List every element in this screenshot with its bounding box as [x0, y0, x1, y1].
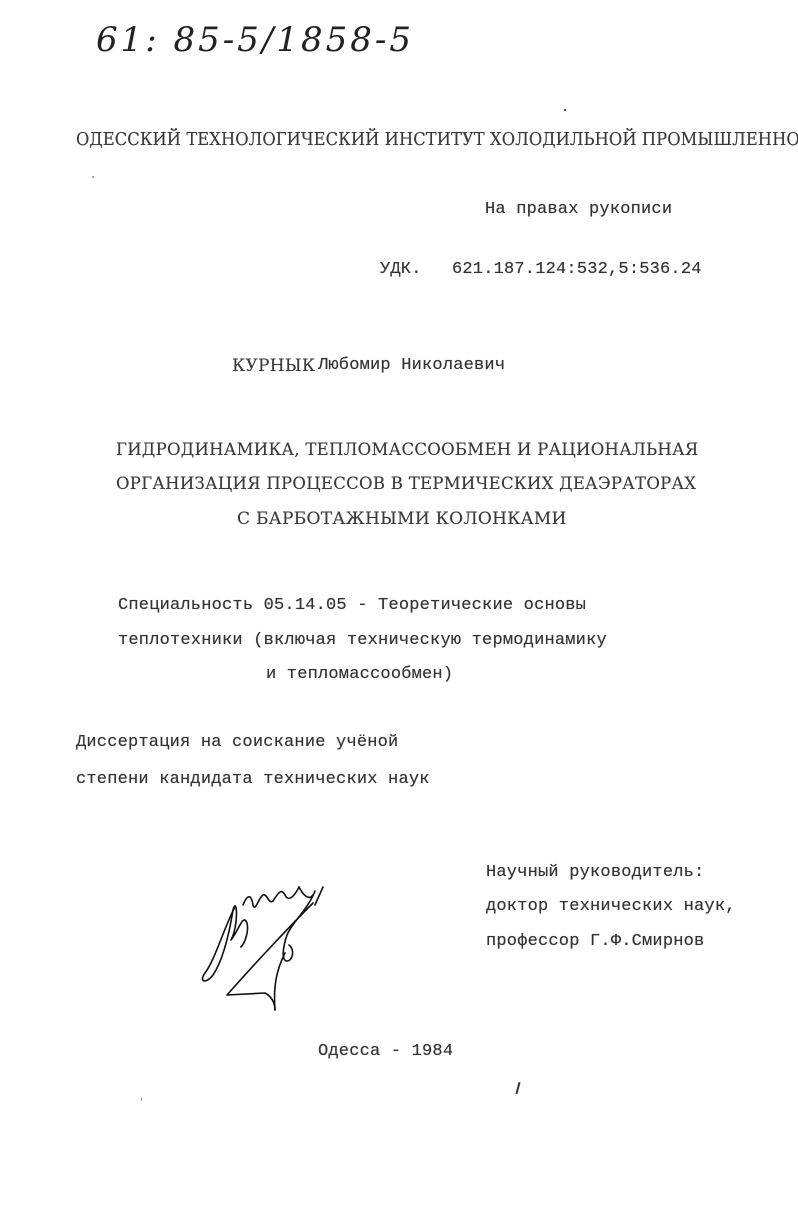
stray-mark: [564, 109, 566, 111]
title-line-1: ГИДРОДИНАМИКА, ТЕПЛОМАССООБМЕН И РАЦИОНА…: [116, 440, 601, 460]
archive-number: 61: 85-5/1858-5: [96, 20, 414, 60]
specialty-line-2: теплотехники (включая техническую термод…: [118, 631, 607, 650]
stray-mark: [141, 1098, 142, 1101]
supervisor-line-1: Научный руководитель:: [486, 863, 704, 882]
udc-label: УДК.: [380, 260, 422, 279]
specialty-line-1: Специальность 05.14.05 - Теоретические о…: [118, 596, 586, 615]
supervisor-line-3: профессор Г.Ф.Смирнов: [486, 932, 704, 951]
signature-icon: [195, 865, 345, 1015]
title-line-3: С БАРБОТАЖНЫМИ КОЛОНКАМИ: [237, 509, 567, 529]
udc-value: 621.187.124:532,5:536.24: [452, 260, 702, 279]
institution-name: ОДЕССКИЙ ТЕХНОЛОГИЧЕСКИЙ ИНСТИТУТ ХОЛОДИ…: [76, 130, 798, 150]
supervisor-line-2: доктор технических наук,: [486, 897, 736, 916]
stray-mark: [515, 1082, 520, 1094]
stray-mark: [92, 176, 94, 178]
manuscript-rights: На правах рукописи: [485, 200, 672, 219]
specialty-line-3: и тепломассообмен): [266, 665, 453, 684]
author-surname: КУРНЫК: [232, 356, 315, 376]
author-given-names: Любомир Николаевич: [318, 356, 505, 375]
document-page: 61: 85-5/1858-5 ОДЕССКИЙ ТЕХНОЛОГИЧЕСКИЙ…: [0, 0, 798, 1223]
dissertation-line-1: Диссертация на соискание учёной: [76, 733, 398, 752]
title-line-2: ОРГАНИЗАЦИЯ ПРОЦЕССОВ В ТЕРМИЧЕСКИХ ДЕАЭ…: [116, 474, 696, 494]
place-year: Одесса - 1984: [318, 1042, 453, 1061]
dissertation-line-2: степени кандидата технических наук: [76, 770, 430, 789]
